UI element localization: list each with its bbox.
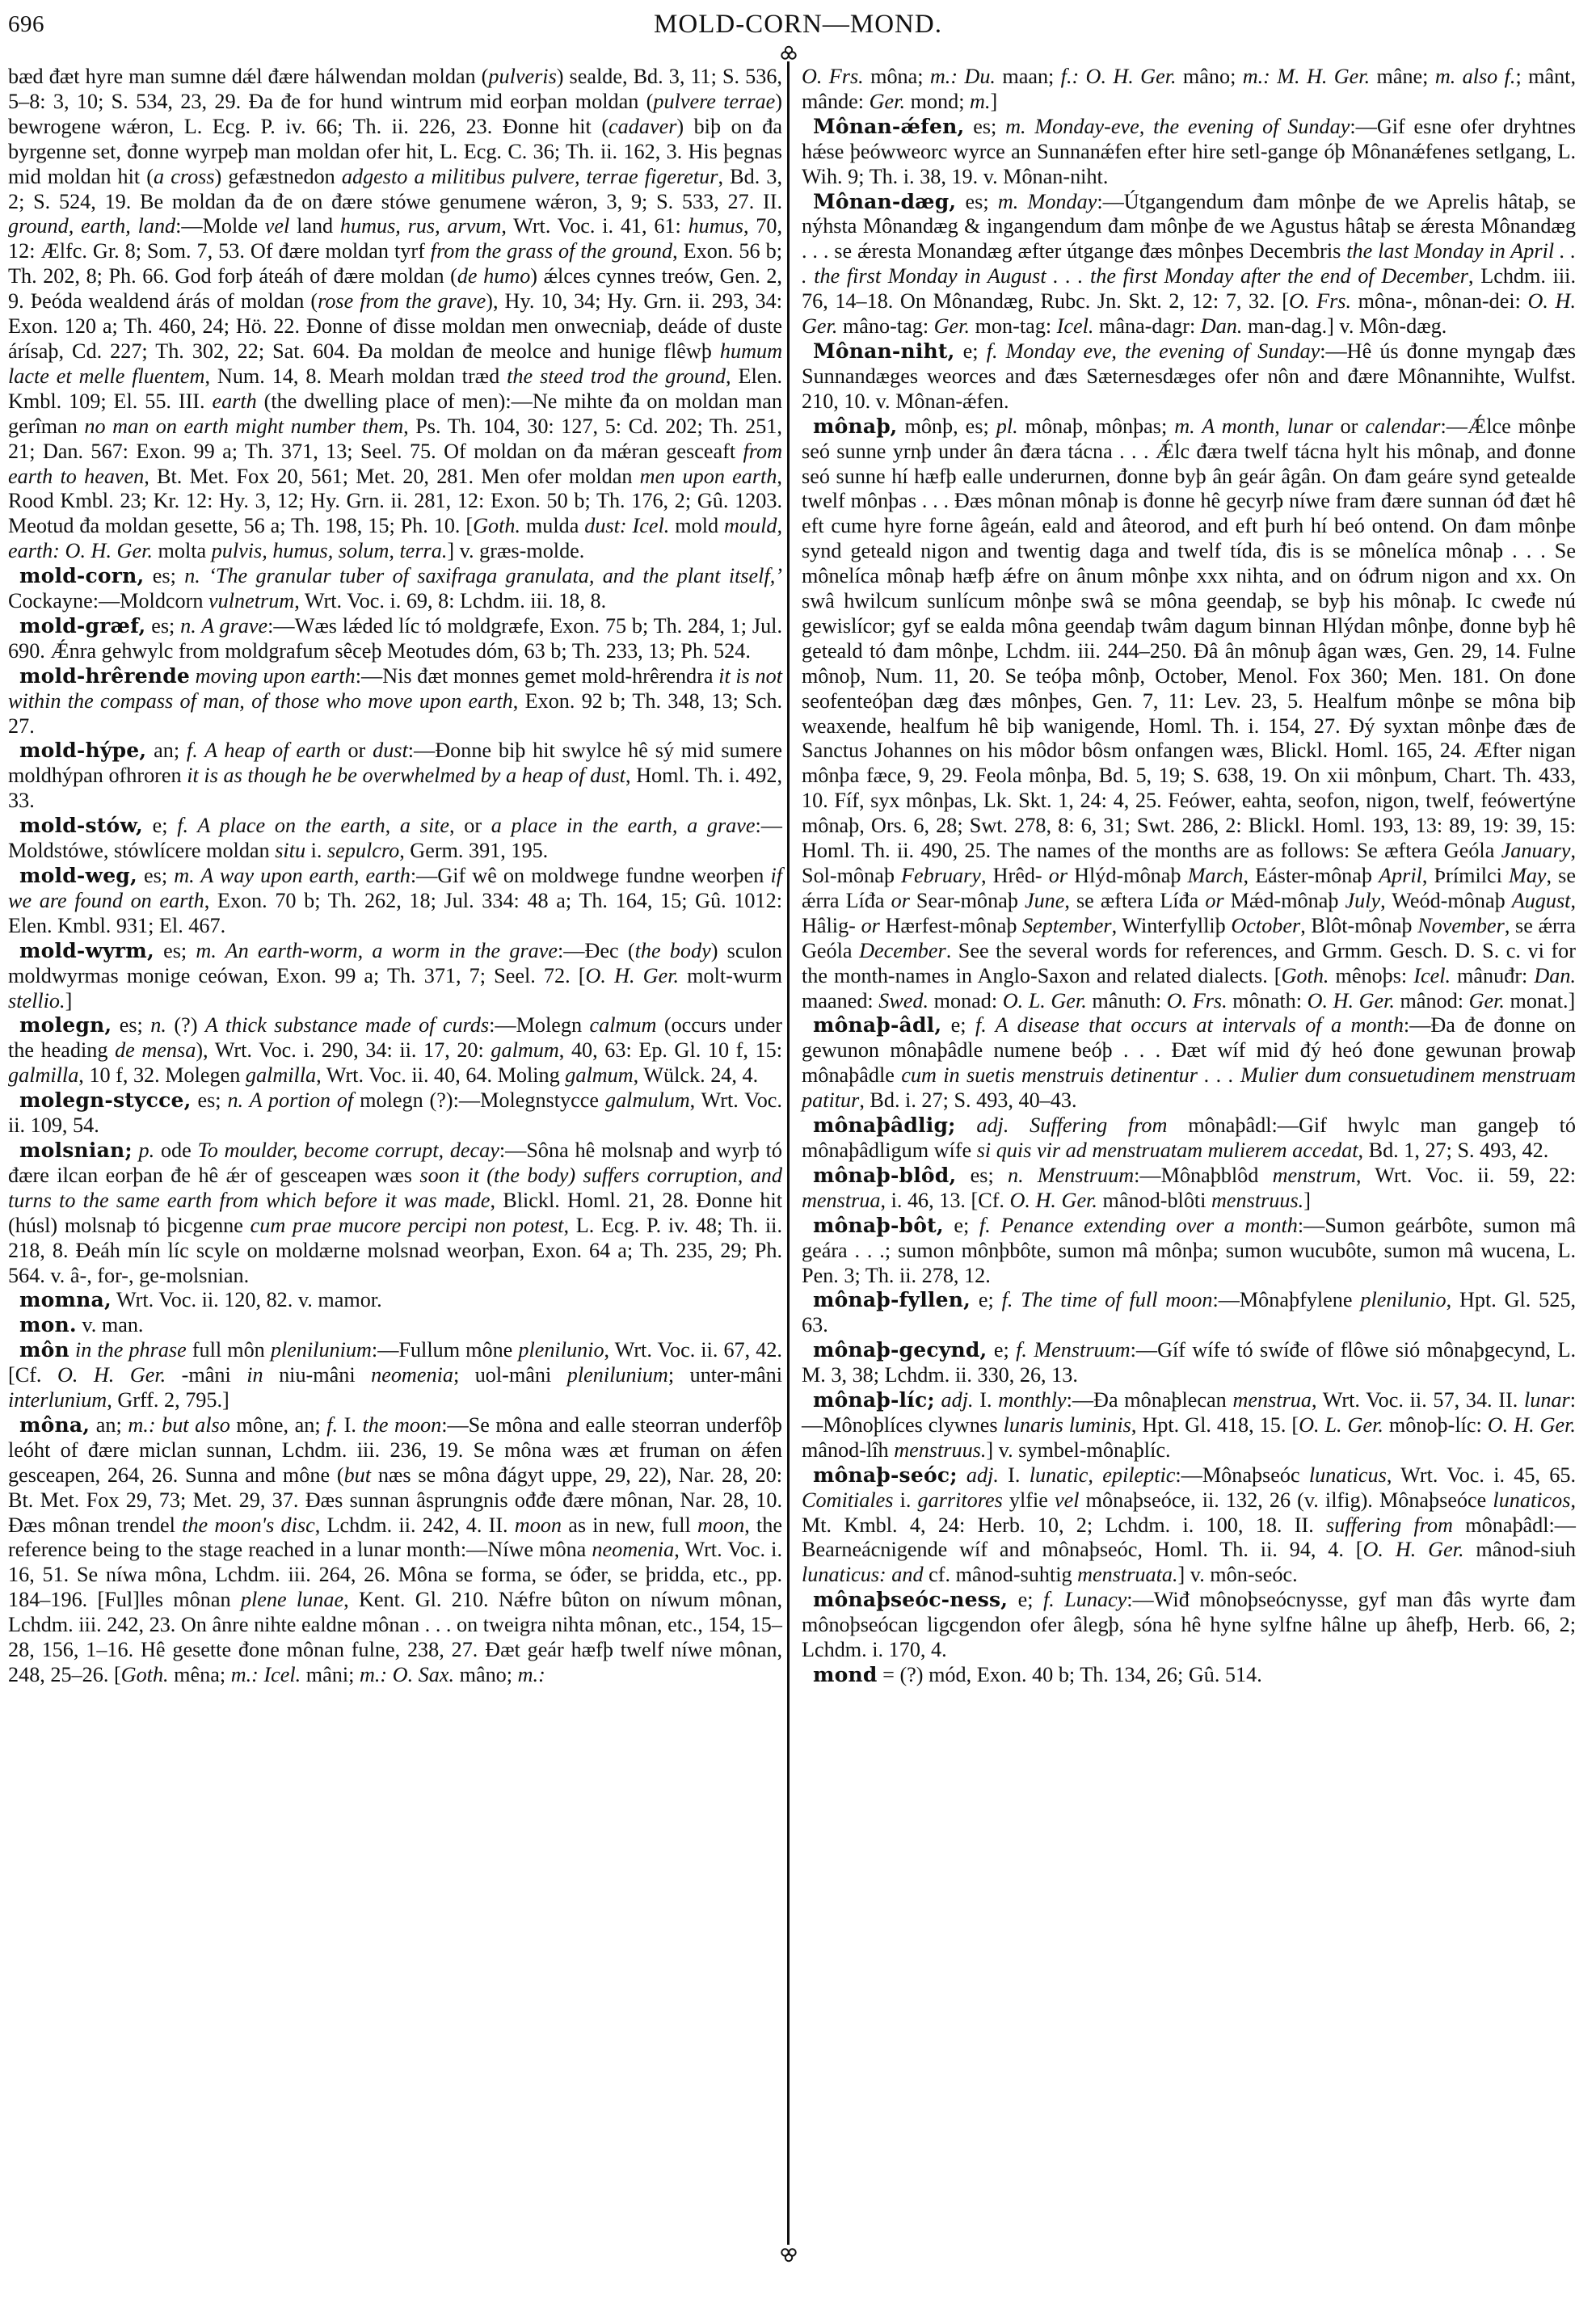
headword: mônaþ-blôd, xyxy=(813,1164,956,1187)
entry-text: , Germ. 391, 195. xyxy=(399,839,548,862)
italic-gloss: de mensa xyxy=(115,1038,196,1062)
italic-gloss: m. An earth-worm, a worm in the grave xyxy=(196,939,558,962)
dictionary-entry-monan-aefen: Mônan-ǽfen, es; m. Monday-eve, the eveni… xyxy=(802,115,1576,190)
entry-text: Wrt. Voc. ii. 120, 82. v. mamor. xyxy=(112,1288,382,1311)
entry-text: , Blôt-mônaþ xyxy=(1300,914,1417,937)
headword: mônaþ-seóc; xyxy=(813,1463,958,1487)
italic-gloss: m.: xyxy=(518,1663,545,1686)
entry-text: Mǽd-mônaþ xyxy=(1224,889,1345,912)
headword: mônaþ, xyxy=(813,415,897,438)
italic-gloss: lunaris luminis xyxy=(1004,1413,1131,1437)
dictionary-entry-monath: mônaþ, mônþ, es; pl. mônaþ, mônþas; m. A… xyxy=(802,415,1576,1014)
entry-text: mône, an; xyxy=(230,1413,326,1437)
italic-gloss: n. xyxy=(150,1013,166,1037)
italic-gloss: or xyxy=(1205,889,1223,912)
italic-gloss: lunatic, epileptic xyxy=(1030,1463,1176,1487)
italic-gloss: adj. xyxy=(966,1463,999,1487)
italic-gloss: September xyxy=(1022,914,1112,937)
headword: momna, xyxy=(19,1288,112,1311)
entry-text: molta xyxy=(153,539,212,562)
entry-text: , Weód-mônaþ xyxy=(1380,889,1512,912)
italic-gloss: O. Frs. xyxy=(1289,289,1351,313)
dictionary-entry-mold-hrerende: mold-hrêrende moving upon earth:—Nis đæt… xyxy=(8,664,782,739)
italic-gloss: f. xyxy=(326,1413,338,1437)
entry-text: molt-wurm xyxy=(679,964,782,987)
italic-gloss: the moon xyxy=(362,1413,441,1437)
entry-text: ), Wrt. Voc. i. 290, 34: ii. 17, 20: xyxy=(196,1038,491,1062)
entry-text: :—Nis đæt monnes gemet mold-hrêrendra xyxy=(356,664,718,688)
italic-gloss: a place in the earth, a grave xyxy=(491,814,756,837)
entry-text xyxy=(190,664,196,688)
italic-gloss: pulveris xyxy=(488,65,556,88)
dictionary-entry-mon: mon. v. man. xyxy=(8,1313,782,1338)
italic-gloss: February xyxy=(901,864,981,887)
italic-gloss: cum prae mucore percipi non potest xyxy=(251,1214,564,1237)
italic-gloss: f. Monday eve, the evening of Sunday xyxy=(987,339,1320,363)
headword: mold-hrêrende xyxy=(19,664,190,688)
entry-text: es; xyxy=(112,1013,150,1037)
italic-gloss: Ger. xyxy=(934,314,970,338)
italic-gloss: menstrum xyxy=(1273,1164,1356,1187)
italic-gloss: sepulcro xyxy=(327,839,399,862)
entry-text: e; xyxy=(987,1338,1016,1362)
entry-text: (?) xyxy=(166,1013,205,1037)
italic-gloss: May xyxy=(1509,864,1547,887)
italic-gloss: or xyxy=(891,889,910,912)
entry-text: , Wrt. Voc. i. 45, 65. xyxy=(1387,1463,1576,1487)
entry-text: mânod-lîh xyxy=(802,1438,894,1462)
italic-gloss: Goth. xyxy=(121,1663,169,1686)
entry-text: es; xyxy=(137,864,174,887)
headword: mônaþ-líc; xyxy=(813,1388,935,1412)
entry-text: môna; xyxy=(864,65,930,88)
entry-text xyxy=(69,1338,75,1362)
headword: mônaþ-fyllen, xyxy=(813,1288,971,1311)
entry-text: , se æftera Líđa xyxy=(1064,889,1205,912)
italic-gloss: dust xyxy=(373,739,408,762)
italic-gloss: Dan. xyxy=(1201,314,1243,338)
entry-text: es; xyxy=(192,1088,228,1112)
italic-gloss: humus, rus, arvum xyxy=(340,214,501,238)
entry-text: , Hpt. Gl. 418, 15. [ xyxy=(1131,1413,1299,1437)
entry-text: i. xyxy=(305,839,327,862)
italic-gloss: f. Lunacy xyxy=(1043,1588,1126,1611)
entry-text: , Wülck. 24, 4. xyxy=(634,1063,758,1087)
italic-gloss: Icel. xyxy=(1413,964,1451,987)
italic-gloss: plenilunio xyxy=(518,1338,604,1362)
italic-gloss: O. L. Ger. xyxy=(1003,989,1087,1012)
italic-gloss: O. L. Ger. xyxy=(1299,1413,1383,1437)
italic-gloss: humus xyxy=(689,214,743,238)
italic-gloss: calendar xyxy=(1365,415,1440,438)
italic-gloss: menstruata. xyxy=(1077,1563,1177,1586)
dictionary-entry-monath-gecynd: mônaþ-gecynd, e; f. Menstruum:—Gíf wífe … xyxy=(802,1338,1576,1388)
entry-text: ; unter-mâni xyxy=(668,1363,782,1387)
entry-text: Hlýd-mônaþ xyxy=(1068,864,1188,887)
italic-gloss: no man on earth might number them xyxy=(84,415,403,438)
entry-text: I. xyxy=(974,1388,999,1412)
italic-gloss: October xyxy=(1231,914,1300,937)
entry-text: :—Mônaþfylene xyxy=(1212,1288,1360,1311)
entry-text: mond; xyxy=(905,90,970,113)
entry-text: , Bt. Met. Fox 20, 561; Met. 20, 281. Me… xyxy=(144,465,639,488)
dictionary-entry-momna: momna, Wrt. Voc. ii. 120, 82. v. mamor. xyxy=(8,1288,782,1313)
italic-gloss: the steed trod the ground xyxy=(507,364,726,388)
entry-text xyxy=(956,1113,977,1137)
entry-text: e; xyxy=(971,1288,1002,1311)
entry-text: , Wrt. Voc. ii. 40, 64. Moling xyxy=(316,1063,565,1087)
dictionary-entry-molegn-stycce: molegn-stycce, es; n. A portion of moleg… xyxy=(8,1088,782,1139)
italic-gloss: lunaticos xyxy=(1493,1488,1570,1512)
italic-gloss: January xyxy=(1501,839,1571,862)
italic-gloss: m.: O. Sax. xyxy=(360,1663,454,1686)
entry-text: ode xyxy=(154,1139,197,1162)
entry-text: mâno; xyxy=(454,1663,518,1686)
italic-gloss: the body xyxy=(635,939,711,962)
entry-text: an; xyxy=(146,739,187,762)
entry-text: :—Ǽlce mônþe seó sunne yrnþ under ân đær… xyxy=(802,415,1576,862)
italic-gloss: Comitiales xyxy=(802,1488,893,1512)
italic-gloss: Dan. xyxy=(1534,964,1576,987)
entry-text: full môn xyxy=(187,1338,271,1362)
entry-text: ] xyxy=(991,90,998,113)
italic-gloss: menstruus. xyxy=(894,1438,986,1462)
entry-text: mon-tag: xyxy=(970,314,1057,338)
entry-text: ; uol-mâni xyxy=(453,1363,567,1387)
italic-gloss: m. Monday-eve, the evening of Sunday xyxy=(1005,115,1350,138)
headword: mônaþseóc-ness, xyxy=(813,1588,1008,1611)
entry-text: , Hrêd- xyxy=(981,864,1049,887)
italic-gloss: f. A heap of earth xyxy=(187,739,341,762)
italic-gloss: vulnetrum xyxy=(208,589,294,612)
entry-text: ] xyxy=(1303,1189,1311,1212)
page-title: MOLD-CORN—MOND. xyxy=(0,10,1596,40)
entry-text: , Lchdm. ii. 242, 4. II. xyxy=(315,1513,515,1537)
entry-text: cf. mânod-suhtig xyxy=(924,1563,1078,1586)
dictionary-entry-mona-cont: O. Frs. môna; m.: Du. maan; f.: O. H. Ge… xyxy=(802,65,1576,115)
italic-gloss: m. also f. xyxy=(1435,65,1516,88)
entry-text: -mâni xyxy=(166,1363,246,1387)
headword: molegn-stycce, xyxy=(19,1088,192,1112)
italic-gloss: vel xyxy=(265,214,290,238)
dictionary-entry-monath-blod: mônaþ-blôd, es; n. Menstruum:—Mônaþblôd … xyxy=(802,1164,1576,1214)
italic-gloss: interlunium xyxy=(8,1388,107,1412)
entry-text: bæd đæt hyre man sumne dǽl đære hálwenda… xyxy=(8,65,488,88)
headword: mond xyxy=(813,1663,878,1686)
headword: Mônan-dæg, xyxy=(813,190,956,213)
running-head: 696 MOLD-CORN—MOND. xyxy=(0,8,1596,48)
entry-text: mênoþs: xyxy=(1329,964,1413,987)
entry-text: es; xyxy=(964,115,1005,138)
italic-gloss: A thick substance made of curds xyxy=(205,1013,489,1037)
italic-gloss: November xyxy=(1417,914,1505,937)
entry-text: es; xyxy=(144,564,184,587)
italic-gloss: galmilla xyxy=(246,1063,316,1087)
italic-gloss: galmilla xyxy=(8,1063,78,1087)
entry-text: mulda xyxy=(520,514,584,537)
dictionary-entry-molegn: molegn, es; n. (?) A thick substance mad… xyxy=(8,1013,782,1088)
dictionary-entry-mold-wyrm: mold-wyrm, es; m. An earth-worm, a worm … xyxy=(8,939,782,1014)
italic-gloss: de humo xyxy=(457,264,530,288)
entry-text: ] xyxy=(65,989,73,1012)
italic-gloss: Swed. xyxy=(878,989,929,1012)
italic-gloss: moon xyxy=(515,1513,562,1537)
entry-text: monat.] xyxy=(1505,989,1575,1012)
entry-text: :—Fullum mône xyxy=(372,1338,518,1362)
italic-gloss: plenilunium xyxy=(271,1338,372,1362)
italic-gloss: moon xyxy=(697,1513,744,1537)
italic-gloss: lunaticus: and xyxy=(802,1563,924,1586)
entry-text: , Num. 14, 8. Mearh moldan træd xyxy=(204,364,507,388)
italic-gloss: O. Frs. xyxy=(1167,989,1228,1012)
entry-text: :—Molde xyxy=(175,214,265,238)
entry-text: e; xyxy=(941,1013,975,1037)
italic-gloss: m.: M. H. Ger. xyxy=(1243,65,1370,88)
entry-text: Hærfest-mônaþ xyxy=(880,914,1022,937)
italic-gloss: or xyxy=(861,914,880,937)
entry-text: I. xyxy=(338,1413,362,1437)
headword: Mônan-ǽfen, xyxy=(813,115,964,138)
italic-gloss: n. ‘The granular tuber of saxifraga gran… xyxy=(184,564,782,587)
entry-text: :—Gif wê on moldwege fundne weorþen xyxy=(411,864,771,887)
entry-text: v. man. xyxy=(77,1313,144,1337)
italic-gloss: lunar xyxy=(1524,1388,1570,1412)
headword: môn xyxy=(19,1338,69,1362)
entry-text: es; xyxy=(956,1164,1008,1187)
italic-gloss: a cross xyxy=(154,165,215,188)
italic-gloss: galmum xyxy=(565,1063,633,1087)
italic-gloss: f. Penance extending over a month xyxy=(979,1214,1298,1237)
italic-gloss: from the grass of the ground xyxy=(431,239,672,263)
entry-text: or xyxy=(341,739,373,762)
italic-gloss: O. H. Ger. xyxy=(1010,1189,1097,1212)
entry-text: land xyxy=(289,214,340,238)
entry-text: :—Mônaþblôd xyxy=(1134,1164,1272,1187)
dictionary-entry-mon-full: môn in the phrase full môn plenilunium:—… xyxy=(8,1338,782,1413)
entry-text: mold xyxy=(669,514,724,537)
entry-text: mânod-siuh xyxy=(1464,1538,1577,1561)
dictionary-entry-mona: môna, an; m.: but also mône, an; f. I. t… xyxy=(8,1413,782,1688)
entry-text: mâni; xyxy=(301,1663,360,1686)
entry-text: , Bd. 1, 27; S. 493, 42. xyxy=(1358,1139,1549,1162)
headword: mônaþâdlig; xyxy=(813,1113,956,1137)
entry-text: e; xyxy=(955,339,987,363)
italic-gloss: O. H. Ger. xyxy=(1363,1538,1464,1561)
italic-gloss: situ xyxy=(275,839,305,862)
entry-text: es; xyxy=(154,939,196,962)
dictionary-entry-monath-adl: mônaþ-âdl, e; f. A disease that occurs a… xyxy=(802,1013,1576,1113)
entry-text: , Þrímilci xyxy=(1422,864,1509,887)
italic-gloss: but xyxy=(344,1463,371,1487)
italic-gloss: men upon earth xyxy=(640,465,777,488)
italic-gloss: ground, earth, land xyxy=(8,214,175,238)
italic-gloss: calmum xyxy=(589,1013,656,1037)
italic-gloss: m.: Icel. xyxy=(231,1663,301,1686)
entry-text: Cockayne:—Moldcorn xyxy=(8,589,208,612)
italic-gloss: dust: Icel. xyxy=(584,514,669,537)
italic-gloss: O. H. Ger. xyxy=(586,964,680,987)
entry-text: mâna-dagr: xyxy=(1093,314,1200,338)
italic-gloss: Ger. xyxy=(1469,989,1505,1012)
italic-gloss: galmum xyxy=(491,1038,558,1062)
headword: mold-corn, xyxy=(19,564,144,587)
italic-gloss: in xyxy=(246,1363,263,1387)
italic-gloss: menstruus. xyxy=(1211,1189,1303,1212)
entry-text: ] v. môn-seóc. xyxy=(1178,1563,1298,1586)
dictionary-entry-moldan-cont: bæd đæt hyre man sumne dǽl đære hálwenda… xyxy=(8,65,782,564)
italic-gloss: menstrua xyxy=(802,1189,880,1212)
italic-gloss: plenilunium xyxy=(567,1363,668,1387)
italic-gloss: or xyxy=(1049,864,1068,887)
entry-text: mônaþ, mônþas; xyxy=(1018,415,1175,438)
entry-text: e; xyxy=(944,1214,979,1237)
italic-gloss: O. H. Ger. xyxy=(1308,989,1395,1012)
dictionary-entry-monathseoc-ness: mônaþseóc-ness, e; f. Lunacy:—Wiđ mônoþs… xyxy=(802,1588,1576,1663)
entry-text: man-dag.] v. Môn-dæg. xyxy=(1242,314,1447,338)
italic-gloss: pulvis, humus, solum, terra. xyxy=(212,539,448,562)
entry-text: :—Đa mônaþlecan xyxy=(1067,1388,1233,1412)
italic-gloss: m. A way upon earth, earth xyxy=(174,864,411,887)
headword: môna, xyxy=(19,1413,90,1437)
entry-text: mônoþ-líc: xyxy=(1383,1413,1488,1437)
entry-text xyxy=(958,1463,966,1487)
entry-text: , Bd. i. 27; S. 493, 40–43. xyxy=(859,1088,1076,1112)
entry-text: mônaþseóce, ii. 132, 26 (v. ilfig). Môna… xyxy=(1080,1488,1493,1512)
entry-text: es; xyxy=(145,614,180,638)
italic-gloss: menstrua xyxy=(1232,1388,1311,1412)
italic-gloss: it is as though he be overwhelmed by a h… xyxy=(187,764,625,787)
italic-gloss: To moulder, become corrupt, decay xyxy=(198,1139,499,1162)
entry-text: môna-, mônan-dei: xyxy=(1351,289,1528,313)
entry-text: :—Mônaþseóc xyxy=(1175,1463,1308,1487)
headword: mold-weg, xyxy=(19,864,137,887)
italic-gloss: adj. Suffering from xyxy=(976,1113,1167,1137)
entry-text: Sear-mônaþ xyxy=(910,889,1025,912)
headword: mon. xyxy=(19,1313,77,1337)
dictionary-entry-mold-weg: mold-weg, es; m. A way upon earth, earth… xyxy=(8,864,782,939)
right-column: O. Frs. môna; m.: Du. maan; f.: O. H. Ge… xyxy=(802,65,1576,1688)
italic-gloss: si quis vir ad menstruatam mulierem acce… xyxy=(977,1139,1358,1162)
headword: mônaþ-gecynd, xyxy=(813,1338,987,1362)
entry-text: mâno-tag: xyxy=(837,314,933,338)
italic-gloss: Ger. xyxy=(870,90,905,113)
entry-text: ) gefæstnedon xyxy=(215,165,342,188)
headword: mold-stów, xyxy=(19,814,143,837)
entry-text xyxy=(935,1388,941,1412)
entry-text: , Eáster-mônaþ xyxy=(1243,864,1379,887)
italic-gloss: garritores xyxy=(918,1488,1003,1512)
italic-gloss: f. A place on the earth, a site xyxy=(177,814,449,837)
entry-text: ylfie xyxy=(1003,1488,1055,1512)
dictionary-entry-monathadlig: mônaþâdlig; adj. Suffering from mônaþâdl… xyxy=(802,1113,1576,1164)
column-divider xyxy=(787,61,790,2245)
entry-text: es; xyxy=(956,190,998,213)
entry-text: i. xyxy=(893,1488,917,1512)
entry-text xyxy=(133,1139,139,1162)
entry-text: , 10 f, 32. Molegen xyxy=(78,1063,246,1087)
italic-gloss: December xyxy=(859,939,946,962)
entry-text: as in new, full xyxy=(562,1513,697,1537)
italic-gloss: f. A disease that occurs at intervals of… xyxy=(975,1013,1404,1037)
headword: molegn, xyxy=(19,1013,112,1037)
headword: mold-græf, xyxy=(19,614,145,638)
entry-text: , 40, 63: Ep. Gl. 10 f, 15: xyxy=(559,1038,782,1062)
italic-gloss: Goth. xyxy=(473,514,520,537)
entry-text: :—Molegn xyxy=(489,1013,589,1037)
italic-gloss: suffering from xyxy=(1326,1513,1453,1537)
dictionary-entry-monath-seoc: mônaþ-seóc; adj. I. lunatic, epileptic:—… xyxy=(802,1463,1576,1589)
dictionary-entry-mold-stow: mold-stów, e; f. A place on the earth, a… xyxy=(8,814,782,864)
italic-gloss: August xyxy=(1512,889,1571,912)
italic-gloss: plenilunio xyxy=(1360,1288,1446,1311)
entry-text: , or xyxy=(449,814,491,837)
italic-gloss: plene lunae xyxy=(241,1588,343,1611)
dictionary-entry-mold-graef: mold-græf, es; n. A grave:—Wæs lǽded líc… xyxy=(8,614,782,664)
headword: molsnian; xyxy=(19,1139,133,1162)
entry-text: maan; xyxy=(996,65,1061,88)
entry-text: , Grff. 2, 795.] xyxy=(107,1388,230,1412)
italic-gloss: n. A portion of xyxy=(227,1088,353,1112)
italic-gloss: rose from the grave xyxy=(318,289,486,313)
entry-text: mânod-blôti xyxy=(1097,1189,1211,1212)
italic-gloss: in the phrase xyxy=(75,1338,187,1362)
dictionary-entry-mold-corn: mold-corn, es; n. ‘The granular tuber of… xyxy=(8,564,782,614)
entry-text: ] v. græs-molde. xyxy=(447,539,584,562)
italic-gloss: O. Frs. xyxy=(802,65,864,88)
trefoil-ornament-icon xyxy=(777,2243,800,2263)
entry-text: mânod: xyxy=(1395,989,1469,1012)
entry-text: e; xyxy=(1008,1588,1043,1611)
italic-gloss: neomenia xyxy=(592,1538,674,1561)
italic-gloss: O. H. Ger. xyxy=(1488,1413,1576,1437)
entry-text: = (?) mód, Exon. 40 b; Th. 134, 26; Gû. … xyxy=(878,1663,1262,1686)
dictionary-entry-monan-daeg: Mônan-dæg, es; m. Monday:—Útgangendum đa… xyxy=(802,190,1576,339)
italic-gloss: m. A month, lunar xyxy=(1174,415,1333,438)
italic-gloss: the moon's disc xyxy=(182,1513,315,1537)
entry-text: mâno; xyxy=(1177,65,1243,88)
entry-text: mônþ, es; xyxy=(897,415,996,438)
entry-text: mâne; xyxy=(1370,65,1435,88)
left-column: bæd đæt hyre man sumne dǽl đære hálwenda… xyxy=(8,65,782,1688)
entry-text: monad: xyxy=(929,989,1003,1012)
italic-gloss: galmulum xyxy=(605,1088,690,1112)
entry-text: ] v. symbel-mônaþlíc. xyxy=(986,1438,1170,1462)
italic-gloss: Icel. xyxy=(1057,314,1094,338)
italic-gloss: m.: Du. xyxy=(930,65,996,88)
entry-text: , Wrt. Voc. i. 41, 61: xyxy=(501,214,688,238)
dictionary-entry-monan-niht: Mônan-niht, e; f. Monday eve, the evenin… xyxy=(802,339,1576,415)
italic-gloss: cadaver xyxy=(609,115,676,138)
italic-gloss: pl. xyxy=(996,415,1018,438)
entry-text: I. xyxy=(999,1463,1030,1487)
italic-gloss: March xyxy=(1188,864,1244,887)
italic-gloss: m.: but also xyxy=(128,1413,230,1437)
entry-text: , Winterfylliþ xyxy=(1112,914,1232,937)
entry-text: e; xyxy=(143,814,177,837)
italic-gloss: p. xyxy=(139,1139,155,1162)
entry-text: , Wrt. Voc. i. 69, 8: Lchdm. iii. 18, 8. xyxy=(294,589,606,612)
italic-gloss: stellio. xyxy=(8,989,65,1012)
dictionary-entry-molsnian: molsnian; p. ode To moulder, become corr… xyxy=(8,1139,782,1288)
italic-gloss: m. Monday xyxy=(998,190,1097,213)
entry-text: mêna; xyxy=(169,1663,231,1686)
dictionary-entry-monath-fyllen: mônaþ-fyllen, e; f. The time of full moo… xyxy=(802,1288,1576,1338)
entry-text: maaned: xyxy=(802,989,878,1012)
italic-gloss: April xyxy=(1379,864,1422,887)
italic-gloss: neomenia xyxy=(371,1363,453,1387)
entry-text: niu-mâni xyxy=(263,1363,372,1387)
entry-text: , Wrt. Voc. ii. 57, 34. II. xyxy=(1312,1388,1524,1412)
